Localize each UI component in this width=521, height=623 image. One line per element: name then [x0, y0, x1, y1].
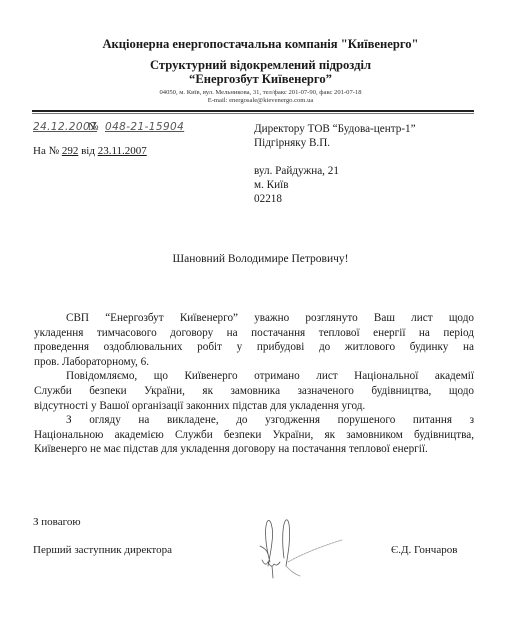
unit-name: Структурний відокремлений підрозділ “Ене… [0, 58, 521, 86]
body-line: Національною академією Служби безпеки Ук… [34, 428, 474, 443]
letter-body: СВП “Енергозбут Київенерго” уважно розгл… [34, 311, 474, 457]
company-email: E-mail: energosale@kievenergo.com.ua [0, 97, 521, 105]
signatory-position: Перший заступник директора [33, 544, 172, 556]
signatory-name: Є.Д. Гончаров [391, 544, 457, 556]
company-contacts: 04050, м. Київ, вул. Мельникова, 31, тел… [0, 89, 521, 105]
recipient-name: Підгірняку В.П. [254, 136, 416, 150]
unit-name-line1: Структурний відокремлений підрозділ [0, 58, 521, 72]
body-line: З огляду на викладене, до узгодження пор… [34, 413, 474, 428]
body-line: проведення оздоблювальних робіт у прибуд… [34, 340, 474, 355]
reference-date: 23.11.2007 [98, 145, 147, 157]
reference-from-label: від [81, 145, 95, 157]
body-line: Повідомляємо, що Київенерго отримано лис… [34, 369, 474, 384]
body-line: пров. Лабораторному, 6. [34, 355, 474, 370]
signature-icon [244, 510, 344, 585]
recipient-block: Директору ТОВ “Будова-центр-1” Підгірняк… [254, 122, 416, 206]
company-address: 04050, м. Київ, вул. Мельникова, 31, тел… [0, 89, 521, 97]
letterhead-rule-thin [32, 113, 474, 114]
reference-line: На № 292 від 23.11.2007 [33, 145, 147, 157]
recipient-street: вул. Райдужна, 21 [254, 164, 416, 178]
recipient-city: м. Київ [254, 178, 416, 192]
body-line: укладення тимчасового договору на постач… [34, 326, 474, 341]
letterhead-rule [32, 110, 474, 112]
reference-prefix: На № [33, 145, 59, 157]
reference-number: 292 [62, 145, 79, 157]
recipient-postcode: 02218 [254, 192, 416, 206]
company-name: Акціонерна енергопостачальна компанія "К… [0, 37, 521, 52]
outgoing-number: 048-21-15904 [105, 121, 184, 133]
closing: З повагою [33, 516, 81, 528]
recipient-title: Директору ТОВ “Будова-центр-1” [254, 122, 416, 136]
body-line: Служби безпеки України, як замовника заз… [34, 384, 474, 399]
unit-name-line2: “Енергозбут Київенерго” [0, 72, 521, 86]
salutation: Шановний Володимире Петровичу! [0, 253, 521, 265]
body-line: відсутності у Вашої організації законних… [34, 399, 474, 414]
outgoing-number-label: № [88, 121, 99, 133]
body-line: СВП “Енергозбут Київенерго” уважно розгл… [34, 311, 474, 326]
body-line: Київенерго не має підстав для укладення … [34, 442, 474, 457]
